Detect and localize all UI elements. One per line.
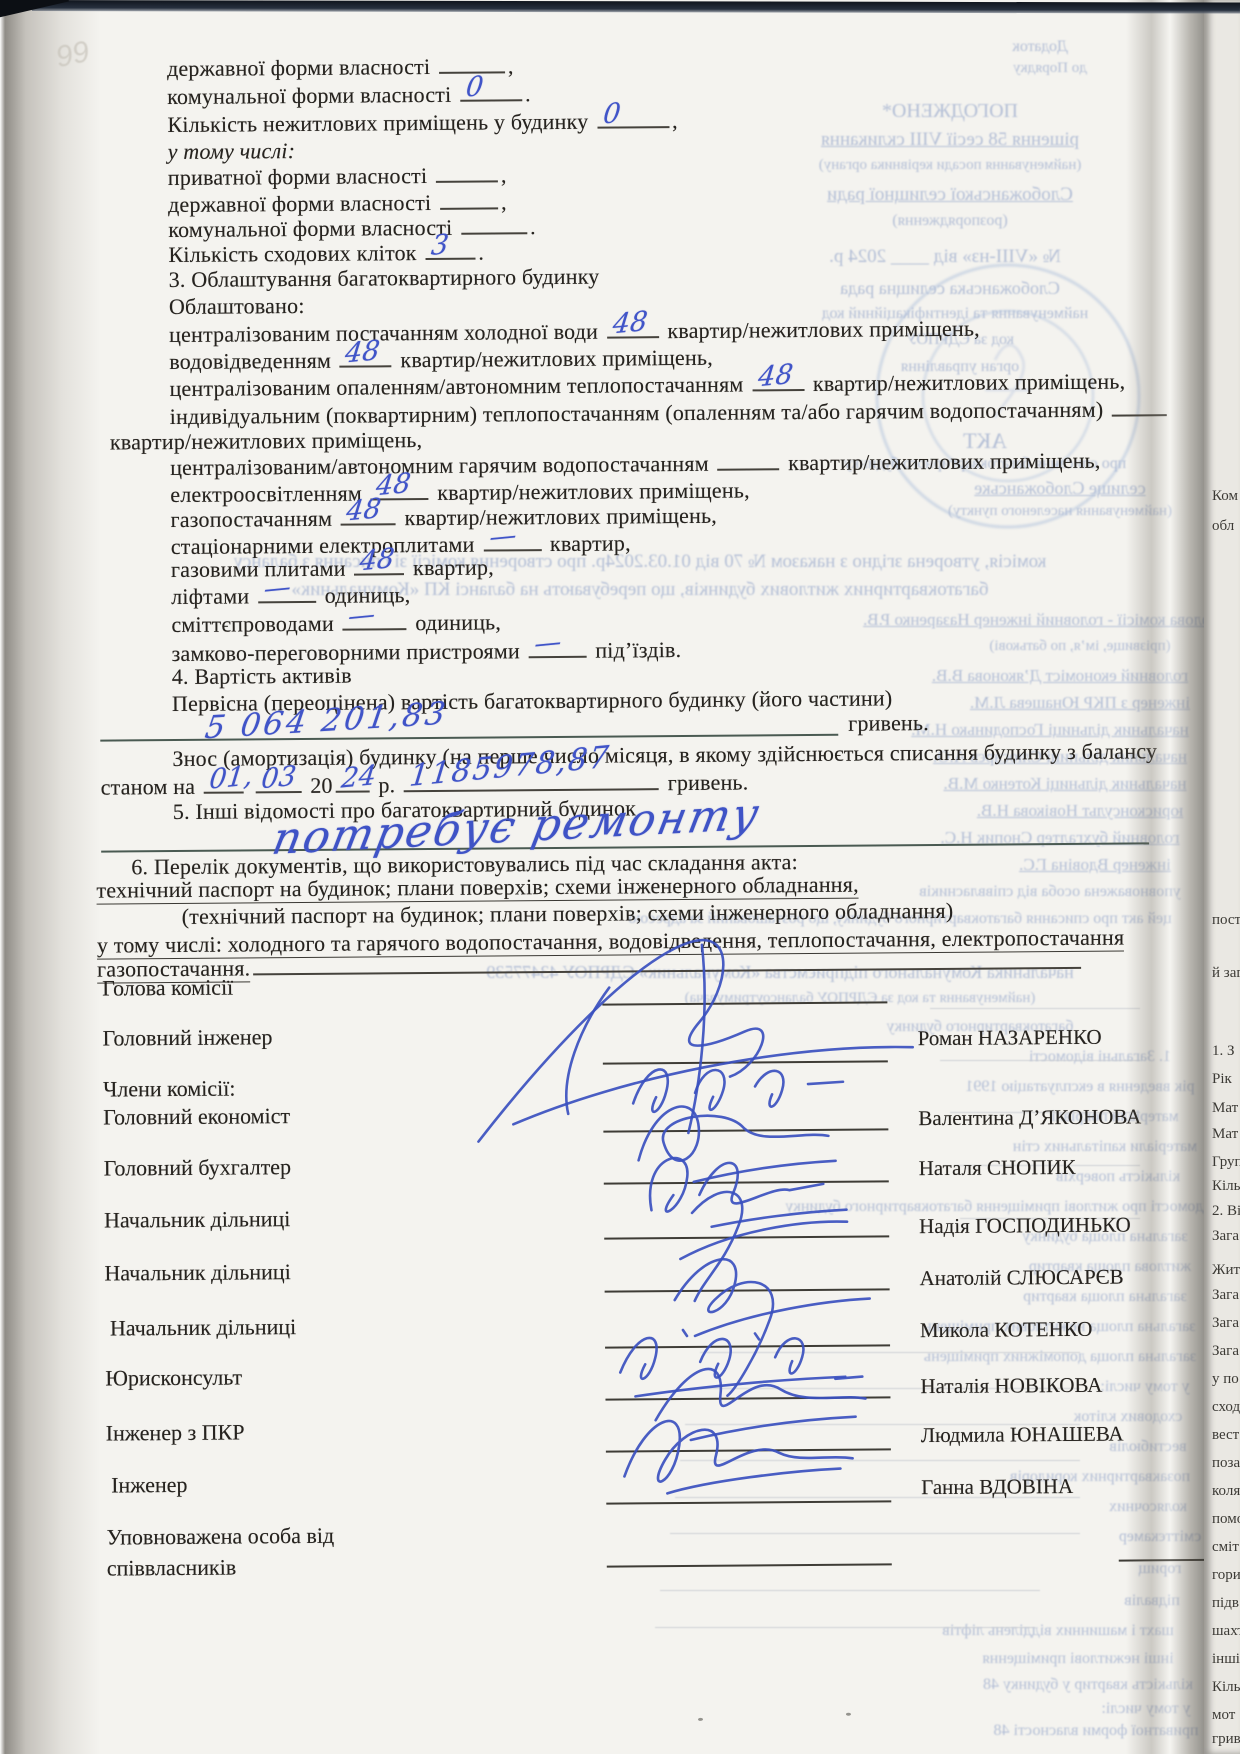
next-page-text-fragment: у по xyxy=(1212,1371,1239,1388)
blank-field: 0 xyxy=(460,94,522,101)
next-page-text-fragment: інші xyxy=(1212,1651,1240,1668)
next-page-text-fragment: гори xyxy=(1212,1567,1240,1584)
printed-text: Кількість сходових кліток xyxy=(168,240,422,267)
signature-role-label: Голова комісії xyxy=(102,975,233,1002)
printed-text: електроосвітленням xyxy=(170,480,368,507)
blank-field xyxy=(440,202,498,209)
printed-text: централізованим опаленням/автономним теп… xyxy=(169,371,749,401)
blank-field: 48 xyxy=(354,568,404,575)
blank-field: 1185978,87 xyxy=(404,783,659,792)
next-page-text-fragment: коля xyxy=(1212,1483,1240,1500)
printed-text: 20 xyxy=(304,773,332,798)
printed-text: квартир/нежитлових приміщень, xyxy=(399,503,717,530)
next-page-text-fragment: Мат xyxy=(1212,1100,1238,1117)
handwritten-value: 48 xyxy=(756,359,794,394)
signature-rule xyxy=(607,1563,892,1567)
next-page-text-fragment: Ком xyxy=(1212,488,1238,505)
blank-field: — xyxy=(258,596,316,603)
signatory-name: Людмила ЮНАШЕВА xyxy=(921,1422,1124,1449)
printed-text: водовідведенням xyxy=(169,348,337,374)
printed-text: , xyxy=(501,162,507,187)
printed-text: , xyxy=(508,53,514,78)
blank-field xyxy=(461,227,527,235)
printed-text: . xyxy=(525,81,531,106)
printed-text: Облаштовано: xyxy=(169,293,305,319)
printed-text: газопостачанням xyxy=(170,506,338,532)
blank-field: 24 xyxy=(336,785,370,792)
next-page-edge: Комоблпостай заг1. ЗРікМатМатГрупКіль2. … xyxy=(1204,0,1240,1754)
next-page-text-fragment: поза xyxy=(1212,1455,1240,1472)
document-content: державної форми власності ,комунальної ф… xyxy=(0,0,1240,1754)
blank-field: 03 xyxy=(256,786,302,793)
text-line: державної форми власності , xyxy=(168,189,507,218)
text-line: газопостачанням 48 квартир/нежитлових пр… xyxy=(170,503,717,533)
signature-role-label: Начальник дільниці xyxy=(104,1259,290,1286)
text-line: державної форми власності , xyxy=(167,53,514,82)
signatory-name: Валентина Д’ЯКОНОВА xyxy=(918,1104,1141,1131)
text-line: водовідведенням 48 квартир/нежитлових пр… xyxy=(169,345,713,375)
printed-text: квартир/нежитлових приміщень, xyxy=(782,448,1100,475)
handwritten-value: — xyxy=(347,599,378,633)
next-page-text-fragment: 2. Ві xyxy=(1212,1203,1240,1220)
next-page-text-fragment: сход xyxy=(1212,1399,1240,1416)
next-page-text-fragment: Зага xyxy=(1212,1287,1239,1304)
blank-field: 48 xyxy=(341,518,396,525)
handwritten-value: 24 xyxy=(340,760,378,795)
next-page-text-fragment: Зага xyxy=(1212,1315,1239,1332)
printed-text: , xyxy=(672,108,678,133)
handwritten-value: 3 xyxy=(429,229,450,262)
text-line: у тому числі: xyxy=(168,138,296,165)
printed-text: Знос (амортизація) будинку (на перше чис… xyxy=(172,738,1157,771)
blank-field: 01, xyxy=(204,786,244,793)
handwritten-value: 03 xyxy=(260,761,298,796)
handwritten-value: — xyxy=(262,571,293,605)
printed-text: Кількість нежитлових приміщень у будинку xyxy=(167,109,594,137)
handwritten-value: 48 xyxy=(611,306,649,341)
blank-field: — xyxy=(529,651,587,658)
text-line: приватної форми власності , xyxy=(168,162,507,191)
printed-text: 3. Облаштування багатоквартирного будинк… xyxy=(169,264,600,292)
next-page-text-fragment: помо xyxy=(1212,1511,1240,1528)
next-page-text-fragment: Кіль xyxy=(1212,1679,1240,1696)
next-page-text-fragment: грив xyxy=(1212,1731,1240,1748)
next-page-text-fragment: сміт xyxy=(1212,1539,1239,1556)
next-page-text-fragment: обл xyxy=(1212,518,1234,535)
blank-field: 3 xyxy=(425,253,475,260)
printed-text: квартир/нежитлових приміщень, xyxy=(432,477,750,504)
next-page-text-fragment: 1. З xyxy=(1212,1043,1235,1060)
handwritten-value: — xyxy=(533,626,564,660)
printed-text: . xyxy=(530,214,536,239)
signature-role-label: Головний бухгалтер xyxy=(104,1154,292,1181)
printed-text: , xyxy=(501,189,507,214)
printed-text: державної форми власності xyxy=(167,54,436,81)
next-page-text-fragment: мот xyxy=(1212,1707,1235,1724)
text-line: індивідуальним (поквартирним) теплопоста… xyxy=(170,396,1170,430)
next-page-text-fragment: підв xyxy=(1212,1595,1239,1612)
printed-text: 4. Вартість активів xyxy=(172,663,352,689)
handwritten-value: — xyxy=(487,519,518,553)
text-line: 4. Вартість активів xyxy=(172,663,352,690)
signatory-name: Надія ГОСПОДИНЬКО xyxy=(919,1212,1131,1239)
page-number-pencil: 99 xyxy=(53,35,93,75)
next-page-text-fragment: Зага xyxy=(1212,1343,1239,1360)
printed-text: квартир/нежитлових приміщень, xyxy=(110,427,423,454)
blank-field: 0 xyxy=(597,121,669,129)
blank-field: 48 xyxy=(340,360,392,367)
signatory-name: Наталя СНОПИК xyxy=(919,1155,1076,1181)
printed-text: квартир, xyxy=(407,554,494,580)
next-page-text-fragment: Мат xyxy=(1212,1126,1238,1143)
next-page-text-fragment: поста xyxy=(1212,912,1240,929)
printed-text: квартир, xyxy=(544,530,631,556)
text-line: централізованим постачанням холодної вод… xyxy=(169,316,980,348)
text-line: Кількість сходових кліток 3. xyxy=(168,240,484,268)
signature-role-label: Інженер з ПКР xyxy=(106,1419,245,1446)
next-page-text-fragment: Кіль xyxy=(1212,1178,1240,1195)
handwritten-value: 48 xyxy=(344,335,382,370)
printed-text: сміттєпроводами xyxy=(171,611,339,637)
handwritten-value: 48 xyxy=(359,543,397,578)
blank-field: 48 xyxy=(752,384,804,391)
signature-stroke xyxy=(605,1394,871,1511)
printed-text: комунальної форми власності xyxy=(168,215,458,242)
handwritten-value: 0 xyxy=(464,71,485,104)
text-line: Кількість нежитлових приміщень у будинку… xyxy=(167,108,678,138)
next-page-text-fragment: й заг xyxy=(1212,965,1240,982)
printed-text: централізованим постачанням холодної вод… xyxy=(169,319,604,347)
scanned-act-page: Додатокдо ПорядкуПОГОДЖЕНО*рішення 58 се… xyxy=(0,0,1240,1754)
printed-text: одиниць, xyxy=(409,609,501,635)
page-fold-shadow xyxy=(1126,0,1206,1754)
printed-text: державної форми власності xyxy=(168,190,437,217)
printed-text: централізованим/автономним гарячим водоп… xyxy=(170,451,715,480)
printed-text: у тому числі: xyxy=(168,138,296,164)
printed-text: приватної форми власності xyxy=(168,163,433,190)
next-page-text-fragment: вест xyxy=(1212,1427,1239,1444)
text-line: газовими плитами 48 квартир, xyxy=(171,554,494,583)
next-page-text-fragment: Груп xyxy=(1212,1154,1240,1171)
text-line: 3. Облаштування багатоквартирного будинк… xyxy=(169,264,600,293)
blank-field xyxy=(436,175,498,182)
handwritten-value: 0 xyxy=(601,97,622,130)
printed-text: під’їздів. xyxy=(589,637,681,663)
printed-text: індивідуальним (поквартирним) теплопоста… xyxy=(170,397,1109,429)
ink-speck xyxy=(698,1718,703,1721)
blank-field: 48 xyxy=(607,331,659,338)
signatory-name: Наталія НОВІКОВА xyxy=(920,1373,1102,1399)
text-line: комунальної форми власності 0. xyxy=(167,81,531,110)
text-line: гривень. xyxy=(848,710,929,737)
ink-speck xyxy=(846,1713,851,1716)
next-page-text-fragment: Рік xyxy=(1212,1071,1232,1088)
printed-text: станом на xyxy=(101,774,201,800)
printed-text: квартир/нежитлових приміщень, xyxy=(807,369,1125,396)
text-line: Знос (амортизація) будинку (на перше чис… xyxy=(172,738,1157,772)
signatory-name: Микола КОТЕНКО xyxy=(920,1317,1093,1343)
text-line: квартир/нежитлових приміщень, xyxy=(110,427,423,455)
text-line: сміттєпроводами — одиниць, xyxy=(171,609,501,638)
signatory-name: Анатолій СЛЮСАРЄВ xyxy=(919,1265,1123,1292)
handwritten-value: 01, xyxy=(208,760,255,796)
printed-text: комунальної форми власності xyxy=(167,82,457,109)
printed-text: ліфтами xyxy=(171,583,255,609)
printed-text: квартир/нежитлових приміщень, xyxy=(662,316,980,343)
next-page-text-fragment: шахт xyxy=(1212,1623,1240,1640)
signature-role-label: співвласників xyxy=(107,1555,237,1582)
blank-field: — xyxy=(483,544,541,551)
signatory-name: Ганна ВДОВІНА xyxy=(921,1474,1073,1500)
signature-role-label: Члени комісії: xyxy=(103,1076,236,1103)
next-page-text-fragment: Зага xyxy=(1212,1228,1239,1245)
signature-role-label: Начальник дільниці xyxy=(110,1314,296,1341)
signatory-name: Роман НАЗАРЕНКО xyxy=(918,1025,1102,1051)
handwritten-value: 48 xyxy=(345,493,383,528)
blank-field: — xyxy=(343,623,407,631)
text-line: Облаштовано: xyxy=(169,293,305,320)
printed-text: газовими плитами xyxy=(171,556,352,582)
printed-text: . xyxy=(478,240,484,265)
signature-role-label: Головний економіст xyxy=(103,1103,290,1130)
signature-role-label: Начальник дільниці xyxy=(104,1206,290,1233)
signature-role-label: Юрисконсульт xyxy=(105,1364,242,1391)
signature-role-label: Головний інженер xyxy=(103,1024,273,1051)
blank-field xyxy=(717,463,779,470)
next-page-text-fragment: Жит xyxy=(1212,1262,1240,1279)
signature-role-label: Уповноважена особа від xyxy=(106,1523,334,1551)
printed-text: р. xyxy=(373,772,402,797)
signature-role-label: Інженер xyxy=(111,1472,188,1499)
printed-text: квартир/нежитлових приміщень, xyxy=(395,345,713,372)
